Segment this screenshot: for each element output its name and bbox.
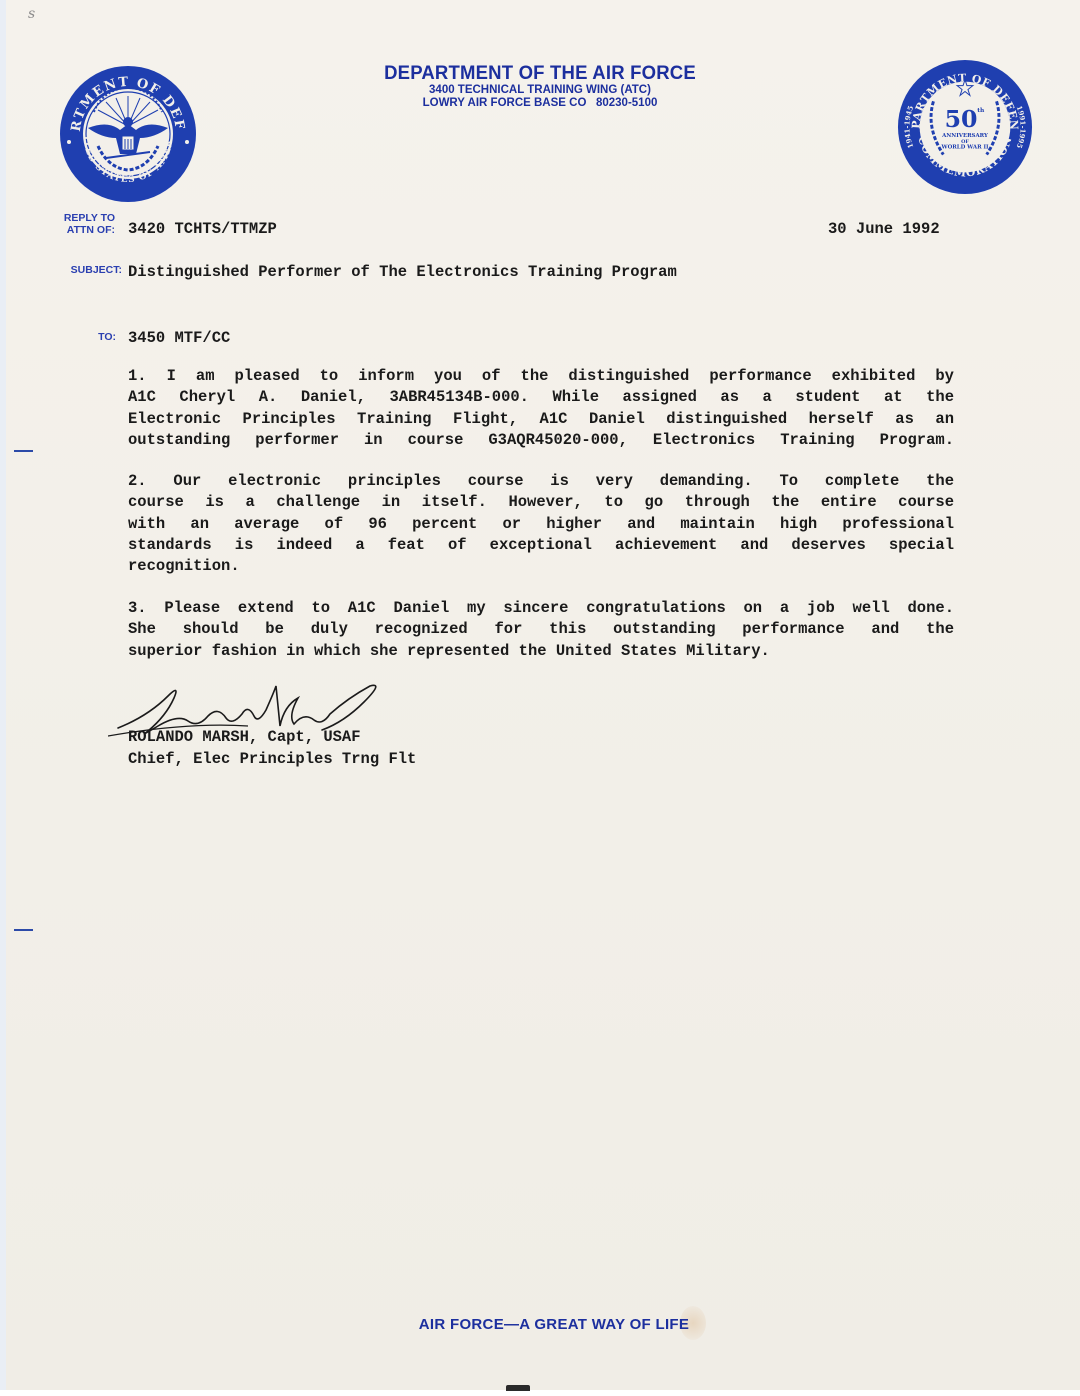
wwii-50th-anniversary-seal-icon: DEPARTMENT OF DEFENSE COMMEMORATION 1941…: [896, 58, 1034, 196]
signer-title: Chief, Elec Principles Trng Flt: [128, 749, 416, 771]
to-value: 3450 MTF/CC: [128, 328, 230, 350]
paragraph-line: recognition.: [128, 556, 954, 577]
fold-mark: [14, 450, 33, 452]
paragraph-line: Electronic Principles Training Flight, A…: [128, 409, 954, 430]
subject-value: Distinguished Performer of The Electroni…: [128, 262, 677, 284]
fold-mark: [14, 929, 33, 931]
footer-motto-text: AIR FORCE—A GREAT WAY OF LIFE: [419, 1316, 689, 1333]
paragraph-line: She should be duly recognized for this o…: [128, 619, 954, 640]
paragraph-line: course is a challenge in itself. However…: [128, 492, 954, 513]
paragraph-1: 1. I am pleased to inform you of the dis…: [128, 366, 954, 451]
paragraph-3: 3. Please extend to A1C Daniel my sincer…: [128, 598, 954, 662]
letter-date: 30 June 1992: [828, 219, 940, 241]
scan-bottom-edge: [0, 1390, 1080, 1396]
footer-motto: AIR FORCE—A GREAT WAY OF LIFE: [0, 1316, 1080, 1333]
paragraph-line: 2. Our electronic principles course is v…: [128, 471, 954, 492]
paragraph-line: with an average of 96 percent or higher …: [128, 514, 954, 535]
pencil-mark: s: [28, 6, 35, 22]
subject-label: SUBJECT:: [40, 264, 122, 276]
svg-text:50: 50: [945, 105, 978, 133]
reply-to-value: 3420 TCHTS/TTMZP: [128, 219, 277, 241]
paragraph-2: 2. Our electronic principles course is v…: [128, 471, 954, 577]
signer-name: ROLANDO MARSH, Capt, USAF: [128, 727, 361, 749]
svg-text:th: th: [977, 107, 985, 114]
svg-text:WORLD WAR II: WORLD WAR II: [941, 145, 989, 151]
paragraph-line: standards is indeed a feat of exceptiona…: [128, 535, 954, 556]
to-label: TO:: [60, 331, 116, 343]
paragraph-line: outstanding performer in course G3AQR450…: [128, 430, 954, 451]
paragraph-line: A1C Cheryl A. Daniel, 3ABR45134B-000. Wh…: [128, 387, 954, 408]
reply-to-label: REPLY TO ATTN OF:: [50, 212, 115, 236]
paragraph-line: 3. Please extend to A1C Daniel my sincer…: [128, 598, 954, 619]
reply-to-label-line1: REPLY TO: [50, 212, 115, 224]
paragraph-line: superior fashion in which she represente…: [128, 641, 954, 662]
reply-to-label-line2: ATTN OF:: [50, 224, 115, 236]
paragraph-line: 1. I am pleased to inform you of the dis…: [128, 366, 954, 387]
bottom-ink-mark: [506, 1385, 530, 1391]
